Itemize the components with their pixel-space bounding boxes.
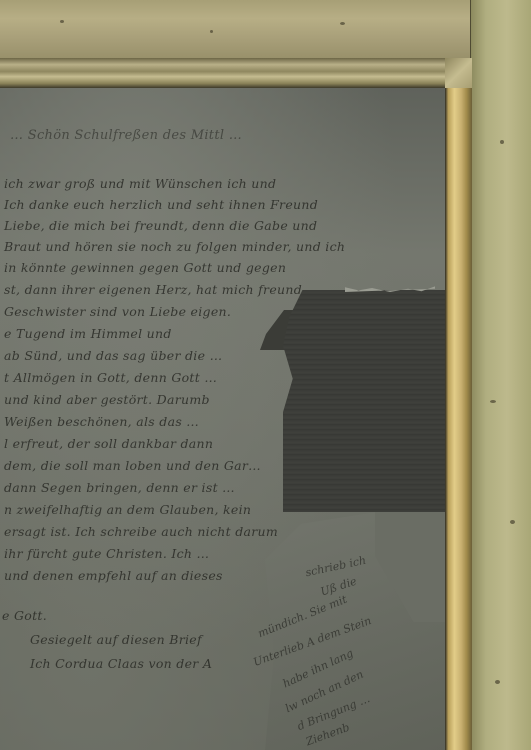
letter-line: Ich danke euch herzlich und seht ihnen F…	[4, 197, 318, 212]
letter-line: e Tugend im Himmel und	[4, 326, 172, 341]
letter-line: ich zwar groß und mit Wünschen ich und	[4, 176, 276, 191]
letter-line: ab Sünd, und das sag über die …	[4, 348, 222, 363]
letter-line: Gesiegelt auf diesen Brief	[30, 632, 202, 647]
letter-line: und kind aber gestört. Darumb	[4, 392, 210, 407]
letter-line: ihr fürcht gute Christen. Ich …	[4, 546, 209, 561]
letter-signature: Ich Cordua Claas von der A	[30, 656, 212, 671]
letter-line: Braut und hören sie noch zu folgen minde…	[4, 239, 345, 254]
frame-speck	[500, 140, 504, 144]
letter-line: Weißen beschönen, als das …	[4, 414, 199, 429]
letter-line: Liebe, die mich bei freundt, denn die Ga…	[4, 218, 317, 233]
frame-right-gold-molding	[445, 62, 472, 750]
letter-line: t Allmögen in Gott, denn Gott …	[4, 370, 217, 385]
letter-line: n zweifelhaftig an dem Glauben, kein	[4, 502, 251, 517]
frame-top-molding	[0, 58, 462, 88]
letter-line: st, dann ihrer eigenen Herz, hat mich fr…	[4, 282, 302, 297]
letter-line: e Gott.	[2, 608, 47, 623]
letter-line: ersagt ist. Ich schreibe auch nicht daru…	[4, 524, 278, 539]
letter-line: und denen empfehl auf an dieses	[4, 568, 223, 583]
letter-line: in könnte gewinnen gegen Gott und gegen	[4, 260, 286, 275]
frame-speck	[210, 30, 213, 33]
letter-line: dann Segen bringen, denn er ist …	[4, 480, 235, 495]
frame-speck	[510, 520, 515, 524]
frame-corner	[445, 58, 472, 88]
frame-top	[0, 0, 531, 63]
letter-line: dem, die soll man loben und den Gar…	[4, 458, 261, 473]
letter-heading: … Schön Schulfreßen des Mittl …	[10, 128, 242, 143]
missing-paper-patch	[283, 290, 445, 512]
letter-line: Geschwister sind von Liebe eigen.	[4, 304, 231, 319]
frame-speck	[60, 20, 64, 23]
frame-speck	[495, 680, 500, 684]
letter-line: l erfreut, der soll dankbar dann	[4, 436, 213, 451]
frame-right	[470, 0, 531, 750]
frame-speck	[490, 400, 496, 403]
frame-speck	[340, 22, 345, 25]
